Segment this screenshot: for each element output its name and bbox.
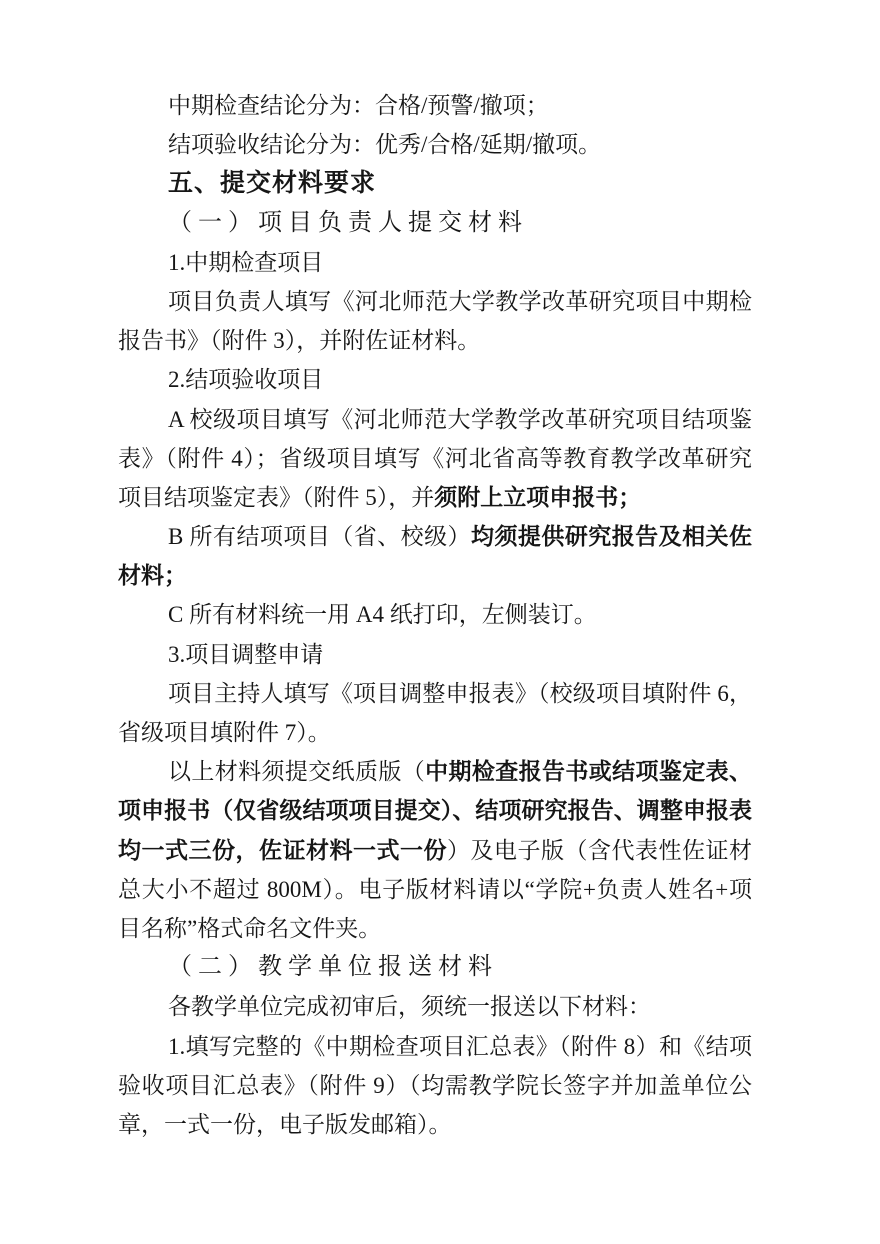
text-run: （二）教学单位报送材料 xyxy=(168,954,498,980)
text-line: 项目结项鉴定表》（附件 5），并须附上立项申报书； xyxy=(118,478,752,517)
text-line: 1.中期检查项目 xyxy=(118,243,752,282)
text-line: 省级项目填附件 7）。 xyxy=(118,713,752,752)
text-line: 1.填写完整的《中期检查项目汇总表》（附件 8）和《结项 xyxy=(118,1027,752,1066)
subsection-heading: （二）教学单位报送材料 xyxy=(118,948,752,987)
text-run: 省级项目填附件 7）。 xyxy=(118,720,331,745)
text-line: 均一式三份，佐证材料一式一份）及电子版（含代表性佐证材料， xyxy=(118,831,752,870)
text-run: 项目负责人填写《河北师范大学教学改革研究项目中期检查 xyxy=(118,289,752,321)
text-run: 项目结项鉴定表》（附件 5），并 xyxy=(118,485,434,510)
bold-text-run: 项申报书（仅省级结项项目提交）、结项研究报告、调整申报表 xyxy=(118,798,752,823)
text-line: 目名称”格式命名文件夹。 xyxy=(118,909,752,948)
text-run: B 所有结项项目（省、校级） xyxy=(168,524,471,549)
text-line: 以上材料须提交纸质版（中期检查报告书或结项鉴定表、立 xyxy=(118,752,752,791)
bold-text-run: 均一式三份，佐证材料一式一份 xyxy=(118,838,447,863)
text-line: 2.结项验收项目 xyxy=(118,360,752,399)
text-run: 项目主持人填写《项目调整申报表》（校级项目填附件 6， xyxy=(168,681,752,706)
text-run: A 校级项目填写《河北师范大学教学改革研究项目结项鉴定 xyxy=(118,407,752,439)
text-line: 总大小不超过 800M）。电子版材料请以“学院+负责人姓名+项 xyxy=(118,870,752,909)
text-line: 3.项目调整申请 xyxy=(118,635,752,674)
text-run: 验收项目汇总表》（附件 9）（均需教学院长签字并加盖单位公 xyxy=(118,1073,752,1098)
bold-text-run: 须附上立项申报书； xyxy=(434,485,641,510)
text-line: 项申报书（仅省级结项项目提交）、结项研究报告、调整申报表 xyxy=(118,791,752,830)
text-line: 表》（附件 4）；省级项目填写《河北省高等教育教学改革研究 xyxy=(118,439,752,478)
text-line: B 所有结项项目（省、校级）均须提供研究报告及相关佐证 xyxy=(118,517,752,556)
text-run: 以上材料须提交纸质版（ xyxy=(168,759,425,784)
text-run: 目名称”格式命名文件夹。 xyxy=(118,916,381,941)
text-line: C 所有材料统一用 A4 纸打印，左侧装订。 xyxy=(118,595,752,634)
text-body: 中期检查结论分为：合格/预警/撤项；结项验收结论分为：优秀/合格/延期/撤项。五… xyxy=(118,86,752,1144)
text-run: 各教学单位完成初审后，须统一报送以下材料： xyxy=(168,994,651,1019)
text-line: 报告书》（附件 3），并附佐证材料。 xyxy=(118,321,752,360)
text-line: 材料； xyxy=(118,556,752,595)
bold-text-run: 五、提交材料要求 xyxy=(168,169,376,197)
text-run: 1.中期检查项目 xyxy=(168,250,323,275)
text-run: 3.项目调整申请 xyxy=(168,642,323,667)
text-run: （一）项目负责人提交材料 xyxy=(168,210,528,236)
text-run: 总大小不超过 800M）。电子版材料请以“学院+负责人姓名+项 xyxy=(118,877,752,902)
text-run: 2.结项验收项目 xyxy=(168,367,323,392)
text-run: 表》（附件 4）；省级项目填写《河北省高等教育教学改革研究 xyxy=(118,446,752,471)
text-run: 章，一式一份，电子版发邮箱）。 xyxy=(118,1112,452,1137)
text-run: 结项验收结论分为：优秀/合格/延期/撤项。 xyxy=(168,132,601,157)
text-run: 报告书》（附件 3），并附佐证材料。 xyxy=(118,328,480,353)
text-line: 验收项目汇总表》（附件 9）（均需教学院长签字并加盖单位公 xyxy=(118,1066,752,1105)
text-line: 各教学单位完成初审后，须统一报送以下材料： xyxy=(118,987,752,1026)
text-line: 项目负责人填写《河北师范大学教学改革研究项目中期检查 xyxy=(118,282,752,321)
text-run: 1.填写完整的《中期检查项目汇总表》（附件 8）和《结项 xyxy=(168,1034,752,1059)
subsection-heading: （一）项目负责人提交材料 xyxy=(118,204,752,243)
text-run: C 所有材料统一用 A4 纸打印，左侧装订。 xyxy=(168,602,597,627)
text-run: 中期检查结论分为：合格/预警/撤项； xyxy=(168,93,549,118)
text-line: 中期检查结论分为：合格/预警/撤项； xyxy=(118,86,752,125)
bold-text-run: 材料； xyxy=(118,563,187,588)
text-line: 项目主持人填写《项目调整申报表》（校级项目填附件 6， xyxy=(118,674,752,713)
section-heading: 五、提交材料要求 xyxy=(118,164,752,203)
text-line: 结项验收结论分为：优秀/合格/延期/撤项。 xyxy=(118,125,752,164)
document-page: 中期检查结论分为：合格/预警/撤项；结项验收结论分为：优秀/合格/延期/撤项。五… xyxy=(0,0,880,1244)
text-line: A 校级项目填写《河北师范大学教学改革研究项目结项鉴定 xyxy=(118,400,752,439)
text-line: 章，一式一份，电子版发邮箱）。 xyxy=(118,1105,752,1144)
